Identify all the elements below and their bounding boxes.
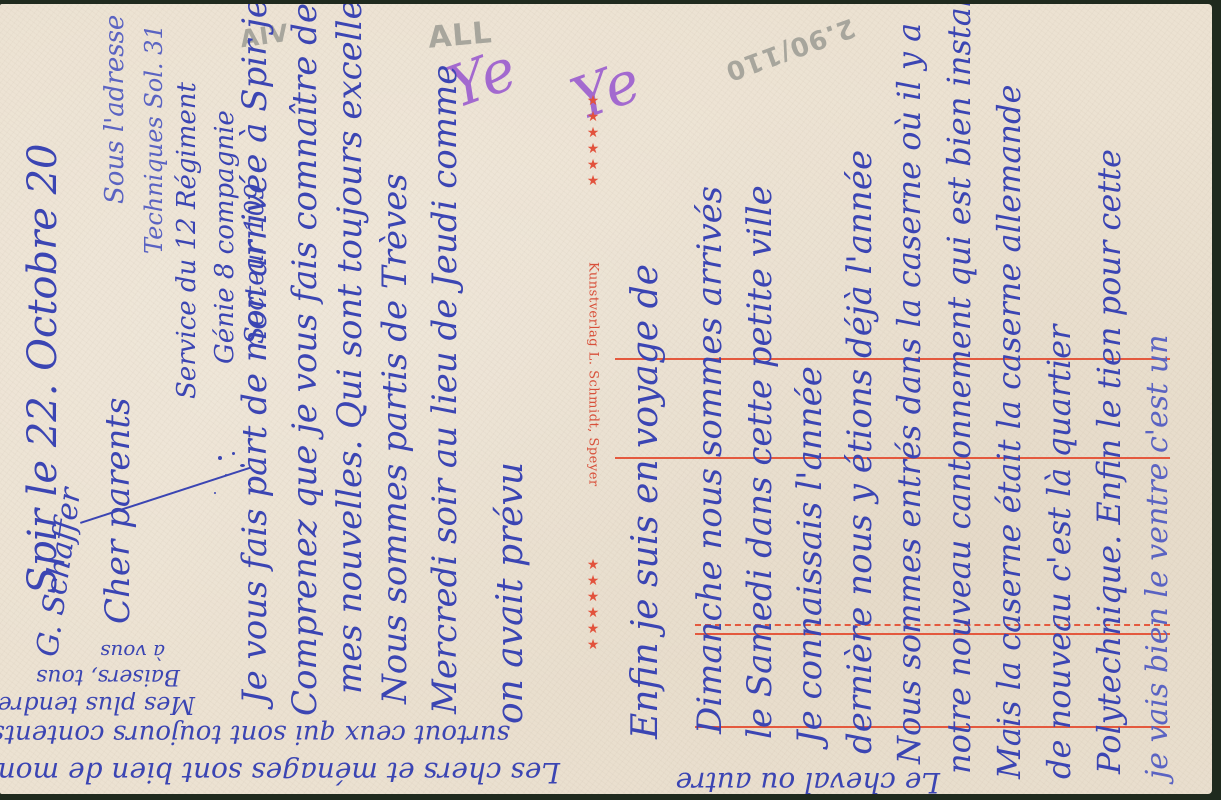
- message-line: Dimanche nous sommes arrivés: [690, 186, 730, 734]
- star-icon: ★: [587, 142, 600, 158]
- message-line: Nous sommes entrés dans la caserne où il…: [890, 23, 928, 764]
- message-line: Enfin je suis en voyage de: [625, 264, 666, 739]
- message-line: Je vous fais part de mon arrivée à Spir …: [235, 4, 275, 704]
- star-icon: ★: [587, 158, 600, 174]
- publisher-divider: ★ ★ ★ ★ ★ ★ Kunstverlag L. Schmidt, Spey…: [578, 94, 608, 654]
- ink-spot: [214, 492, 216, 494]
- ink-spot: [240, 464, 245, 467]
- postscript-line: Baisers, tous: [36, 664, 180, 689]
- star-ornament-bottom: ★ ★ ★ ★ ★ ★: [587, 558, 600, 654]
- postscript-line: à vous: [100, 640, 165, 664]
- star-icon: ★: [587, 558, 600, 574]
- star-ornament-top: ★ ★ ★ ★ ★ ★: [587, 94, 600, 190]
- pencil-note-price: 2.90/110: [721, 12, 859, 87]
- ink-spot: [248, 482, 251, 485]
- return-address-line: Techniques Sol. 31: [140, 24, 168, 254]
- message-line: de nouveau c'est là quartier: [1040, 325, 1078, 779]
- message-line: dernière nous y étions déjà l'année: [840, 150, 880, 754]
- message-line: Mercredi soir au lieu de Jeudi comme: [425, 65, 465, 714]
- postscript-line: surtout ceux qui sont toujours contents …: [0, 719, 510, 749]
- postcard-back: AIV ALL 2.90/110 Ye Ye ★ ★ ★ ★ ★ ★ Kunst…: [0, 4, 1212, 794]
- postscript-line: Les chers et ménages sont bien de mon bo…: [0, 756, 560, 789]
- ink-spot: [225, 474, 227, 476]
- star-icon: ★: [587, 622, 600, 638]
- star-icon: ★: [587, 174, 600, 190]
- message-line: Nous sommes partis de Trèves: [375, 173, 415, 704]
- star-icon: ★: [587, 94, 600, 110]
- message-line: le Samedi dans cette petite ville: [740, 185, 780, 739]
- message-line: Comprenez que je vous fais comnaître de: [285, 4, 325, 716]
- message-line: Mais la caserne était la caserne alleman…: [990, 85, 1028, 779]
- publisher-name: Kunstverlag L. Schmidt, Speyer: [586, 262, 601, 487]
- message-line: on avait prévu: [490, 462, 531, 724]
- message-line: notre nouveau cantonnement qui est bien …: [940, 4, 978, 774]
- message-line: mes nouvelles. Qui sont toujours excelle…: [330, 4, 370, 694]
- message-line: Je connaissais l'année: [790, 366, 830, 744]
- return-address-line: Sous l'adresse: [100, 15, 130, 204]
- message-line: je vais bien le ventre c'est un: [1140, 335, 1175, 779]
- star-icon: ★: [587, 574, 600, 590]
- star-icon: ★: [587, 606, 600, 622]
- bottom-note: Le cheval ou autre: [676, 766, 940, 794]
- ink-spot: [218, 456, 222, 460]
- message-line: Polytechnique. Enfin le tien pour cette: [1090, 149, 1128, 774]
- star-icon: ★: [587, 638, 600, 654]
- return-address-line: Service du 12 Régiment: [172, 82, 202, 399]
- star-icon: ★: [587, 590, 600, 606]
- star-icon: ★: [587, 126, 600, 142]
- postscript-line: Mes plus tendres: [0, 691, 195, 719]
- star-icon: ★: [587, 110, 600, 126]
- ink-spot: [232, 452, 235, 455]
